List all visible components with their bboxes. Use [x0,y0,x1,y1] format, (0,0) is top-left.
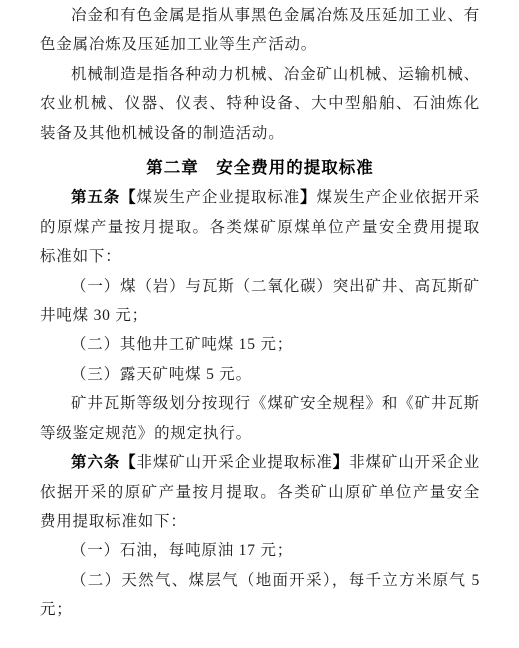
bracket-open: 【 [120,454,136,471]
text-run: （一）煤（岩）与瓦斯（二氧化碳）突出矿井、高瓦斯矿井吨煤 30 元； [40,278,480,324]
bracket-close: 】 [300,189,316,206]
text-run: （二）其他井工矿吨煤 15 元； [71,336,293,353]
paragraph-machinery-definition: 机械制造是指各种动力机械、冶金矿山机械、运输机械、农业机械、仪器、仪表、特种设备… [40,60,480,148]
document-page: 冶金和有色金属是指从事黑色金属冶炼及压延加工业、有色金属冶炼及压延加工业等生产活… [0,0,519,648]
article-number: 第六条 [71,454,120,471]
paragraph-article-6: 第六条【非煤矿山开采企业提取标准】非煤矿山开采企业依据开采的原矿产量按月提取。各… [40,448,480,536]
chapter-heading-text: 第二章 安全费用的提取标准 [146,159,374,177]
paragraph-metallurgy-definition: 冶金和有色金属是指从事黑色金属冶炼及压延加工业、有色金属冶炼及压延加工业等生产活… [40,1,480,60]
article-title: 煤炭生产企业提取标准 [136,189,300,206]
article-number: 第五条 [71,189,120,206]
text-run: 冶金和有色金属是指从事黑色金属冶炼及压延加工业、有色金属冶炼及压延加工业等生产活… [40,7,480,53]
article-title: 非煤矿山开采企业提取标准 [136,454,332,471]
list-item-mine-2: （二）天然气、煤层气（地面开采），每千立方米原气 5 元； [40,566,480,625]
text-run: （一）石油，每吨原油 17 元； [71,542,293,559]
list-item-coal-3: （三）露天矿吨煤 5 元。 [40,360,480,389]
list-item-coal-1: （一）煤（岩）与瓦斯（二氧化碳）突出矿井、高瓦斯矿井吨煤 30 元； [40,272,480,331]
list-item-coal-2: （二）其他井工矿吨煤 15 元； [40,330,480,359]
text-run: 矿井瓦斯等级划分按现行《煤矿安全规程》和《矿井瓦斯等级鉴定规范》的规定执行。 [40,395,480,441]
list-item-mine-1: （一）石油，每吨原油 17 元； [40,536,480,565]
text-run: （二）天然气、煤层气（地面开采），每千立方米原气 5 元； [40,572,480,618]
bracket-close: 】 [333,454,349,471]
text-run: （三）露天矿吨煤 5 元。 [71,366,252,383]
bracket-open: 【 [120,189,136,206]
chapter-heading: 第二章 安全费用的提取标准 [40,154,480,183]
paragraph-article-5: 第五条【煤炭生产企业提取标准】煤炭生产企业依据开采的原煤产量按月提取。各类煤矿原… [40,183,480,271]
paragraph-gas-grade-rule: 矿井瓦斯等级划分按现行《煤矿安全规程》和《矿井瓦斯等级鉴定规范》的规定执行。 [40,389,480,448]
text-run: 机械制造是指各种动力机械、冶金矿山机械、运输机械、农业机械、仪器、仪表、特种设备… [40,66,480,142]
